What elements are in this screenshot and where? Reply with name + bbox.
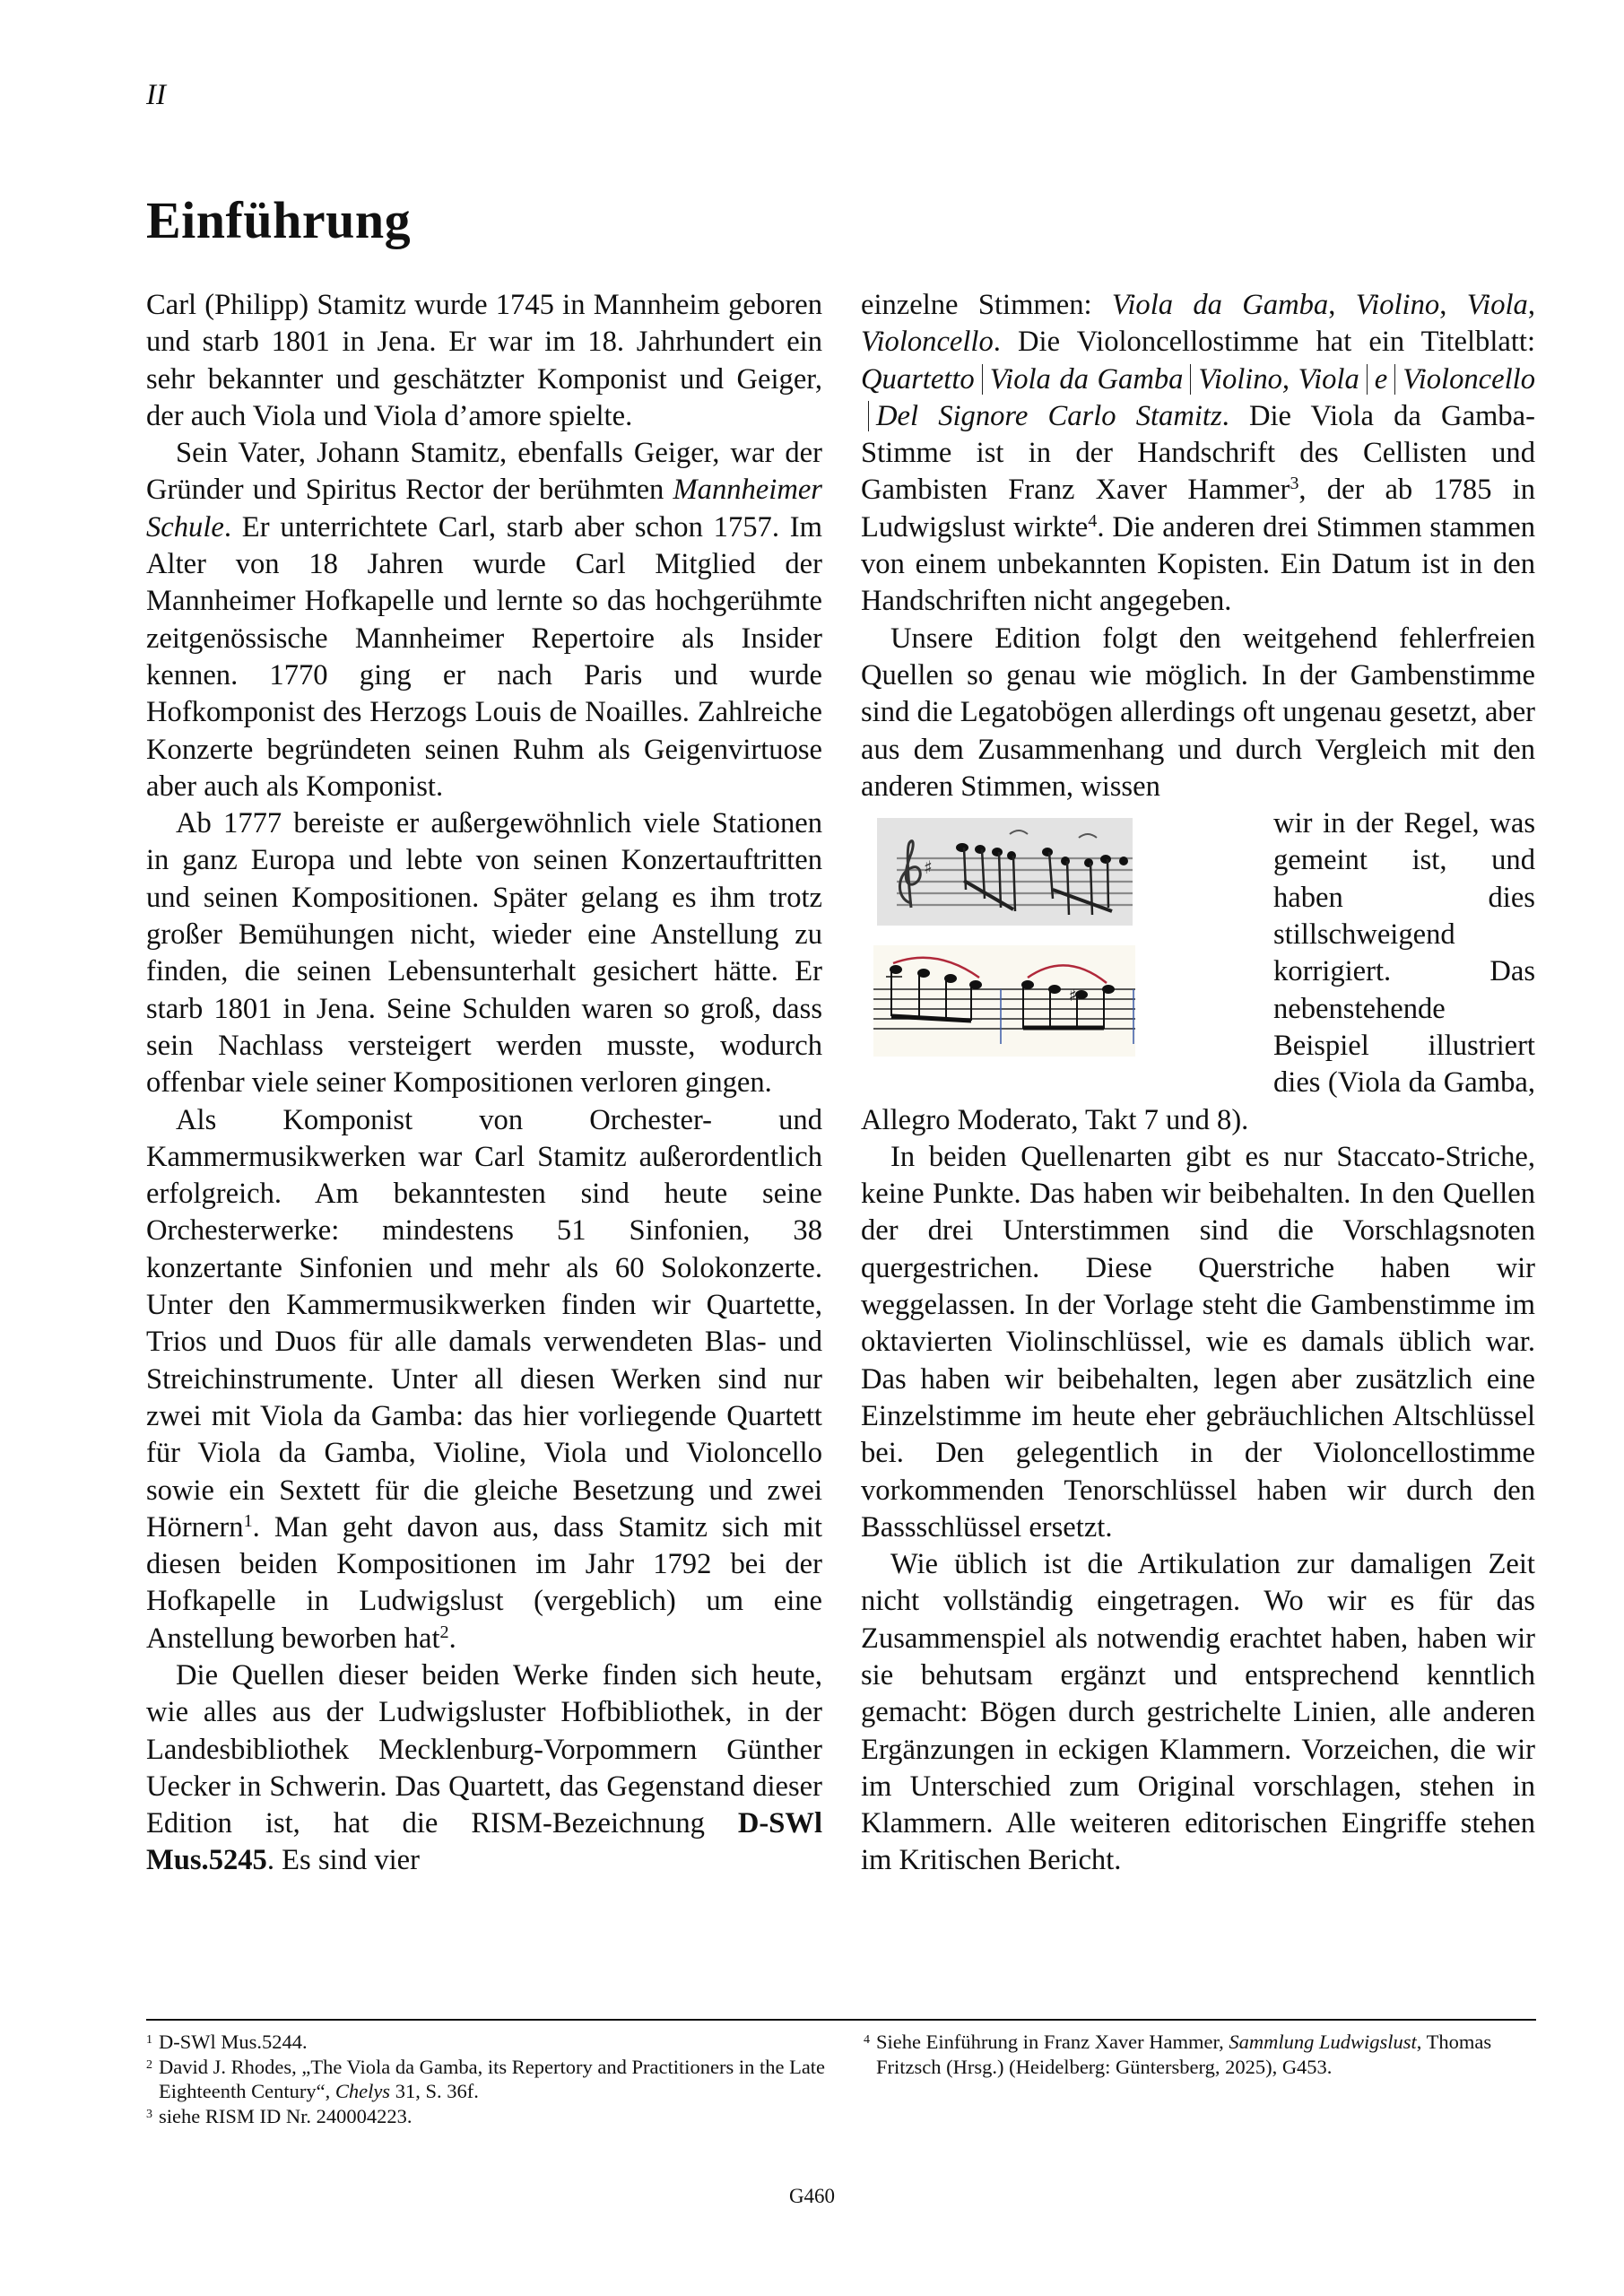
paragraph-parts: einzelne Stimmen: Viola da Gamba, Violin… <box>861 287 1535 621</box>
text-run: . <box>449 1622 456 1655</box>
folio-roman-numeral: II <box>146 79 166 112</box>
paragraph-travels: Ab 1777 bereiste er außergewöhnlich viel… <box>146 805 822 1101</box>
text-run: Unsere Edition folgt den weitgehend fehl… <box>861 622 1535 803</box>
paragraph-edition: Unsere Edition folgt den weitgehend fehl… <box>861 621 1535 805</box>
line-break-divider <box>1367 364 1368 395</box>
manuscript-notation-icon: ♯ <box>877 818 1133 926</box>
svg-text:♯: ♯ <box>924 857 933 878</box>
footnotes-right: 4Siehe Einführung in Franz Xaver Hammer,… <box>864 2030 1527 2079</box>
text-run: . Es sind vier <box>267 1844 420 1876</box>
footnote-text: David J. Rhodes, „The Viola da Gamba, it… <box>159 2056 825 2103</box>
footnote-3: 3siehe RISM ID Nr. 240004223. <box>146 2104 828 2129</box>
italic-part-name: Viola <box>1467 289 1528 321</box>
footnote-text: D-SWl Mus.5244. <box>159 2031 308 2053</box>
modern-engraving-image: ♯ <box>873 945 1135 1057</box>
title-page-part: Quartetto <box>861 363 975 396</box>
text-run: Als Komponist von Orchester- und Kammerm… <box>146 1104 822 1544</box>
footnote-number: 3 <box>146 2102 152 2127</box>
footnote-number: 2 <box>146 2053 152 2078</box>
title-page-part: Violino, Viola <box>1198 363 1359 396</box>
manuscript-excerpt-image: ♯ <box>877 818 1133 926</box>
right-column: einzelne Stimmen: Viola da Gamba, Violin… <box>861 287 1535 1880</box>
music-example-figure: ♯ <box>861 811 1255 1087</box>
text-run: . Er unterrichtete Carl, starb aber scho… <box>146 511 822 803</box>
line-break-divider <box>868 401 869 431</box>
paragraph-staccato: In beiden Quellenarten gibt es nur Stacc… <box>861 1139 1535 1546</box>
text-run: einzelne Stimmen: <box>861 289 1112 321</box>
paragraph-biography: Carl (Philipp) Stamitz wurde 1745 in Man… <box>146 287 822 435</box>
footnote-ref-1[interactable]: 1 <box>244 1511 253 1531</box>
footnote-separator <box>146 2019 1536 2021</box>
book-title: Sammlung Ludwigslust <box>1229 2031 1416 2053</box>
paragraph-father: Sein Vater, Johann Stamitz, ebenfalls Ge… <box>146 435 822 805</box>
footnote-number: 1 <box>146 2028 152 2053</box>
title-page-part: e <box>1375 363 1387 396</box>
paragraph-sources: Die Quellen dieser beiden Werke finden s… <box>146 1657 822 1880</box>
modern-notation-icon: ♯ <box>873 945 1135 1057</box>
page-number: G460 <box>0 2185 1624 2208</box>
footnote-2: 2David J. Rhodes, „The Viola da Gamba, i… <box>146 2055 828 2104</box>
footnote-ref-4[interactable]: 4 <box>1088 511 1097 531</box>
left-column: Carl (Philipp) Stamitz wurde 1745 in Man… <box>146 287 822 1880</box>
line-break-divider <box>1190 364 1191 395</box>
footnote-ref-2[interactable]: 2 <box>440 1622 449 1642</box>
text-run: Die Quellen dieser beiden Werke finden s… <box>146 1659 822 1839</box>
text-run: . Man geht davon aus, dass Stamitz sich … <box>146 1511 822 1655</box>
title-page-part: Viola da Gamba <box>990 363 1184 396</box>
footnote-text: siehe RISM ID Nr. 240004223. <box>159 2105 413 2127</box>
paragraph-articulation: Wie üblich ist die Artikulation zur dama… <box>861 1546 1535 1880</box>
footnotes-left: 1D-SWl Mus.5244. 2David J. Rhodes, „The … <box>146 2030 828 2128</box>
footnote-ref-3[interactable]: 3 <box>1290 474 1298 493</box>
line-break-divider <box>1394 364 1395 395</box>
text-run: , <box>1439 289 1466 321</box>
footnote-1: 1D-SWl Mus.5244. <box>146 2030 828 2055</box>
journal-title: Chelys <box>335 2080 390 2102</box>
italic-part-name: Violino <box>1356 289 1440 321</box>
footnote-4: 4Siehe Einführung in Franz Xaver Hammer,… <box>864 2030 1527 2079</box>
footnote-text: 31, S. 36f. <box>390 2080 479 2102</box>
line-break-divider <box>982 364 983 395</box>
italic-part-name: Viola da Gamba <box>1112 289 1328 321</box>
footnote-number: 4 <box>864 2028 870 2053</box>
italic-part-name: Violoncello <box>861 326 994 358</box>
svg-text:♯: ♯ <box>1069 987 1077 1005</box>
text-run: . Die Violoncellostimme hat ein Titelbla… <box>994 326 1535 358</box>
footnote-text: Siehe Einführung in Franz Xaver Hammer, <box>876 2031 1229 2053</box>
text-run: , <box>1528 289 1535 321</box>
text-run: , <box>1328 289 1355 321</box>
paragraph-works: Als Komponist von Orchester- und Kammerm… <box>146 1102 822 1657</box>
page-title: Einführung <box>146 190 411 250</box>
title-page-part: Del Signore Carlo Stamitz <box>876 400 1222 432</box>
title-page-part: Violoncello <box>1403 363 1535 396</box>
